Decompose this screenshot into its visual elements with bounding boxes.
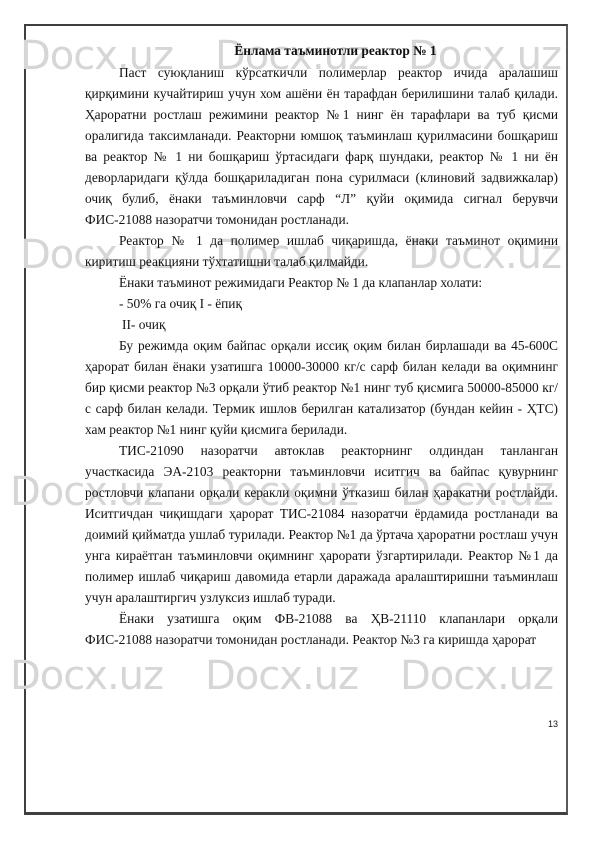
page-number: 13 — [548, 719, 558, 729]
paragraph-bypass-mode: Бу режимда оқим байпас орқали иссиқ оқим… — [85, 335, 558, 440]
valve-state-line-1: - 50% га очиқ I - ёпиқ — [85, 293, 558, 314]
paragraph-intro: Паст суюқланиш кўрсаткичли полимерлар ре… — [85, 62, 558, 230]
paragraph-valve-states-heading: Ёнаки таъминот режимидаги Реактор № 1 да… — [85, 272, 558, 293]
valve-state-line-2: II- очиқ — [85, 314, 558, 335]
document-body: Ёнлама таъминотли реактор № 1 Паст суюқл… — [85, 40, 558, 650]
paragraph-tis-controller: ТИС-21090 назоратчи автоклав реакторнинг… — [85, 440, 558, 608]
paragraph-side-feed: Ёнаки узатишга оқим ФВ-21088 ва ҲВ-21110… — [85, 608, 558, 650]
document-title: Ёнлама таъминотли реактор № 1 — [85, 40, 558, 62]
paragraph-polymer-production: Реактор № 1 да полимер ишлаб чиқаришда, … — [85, 230, 558, 272]
